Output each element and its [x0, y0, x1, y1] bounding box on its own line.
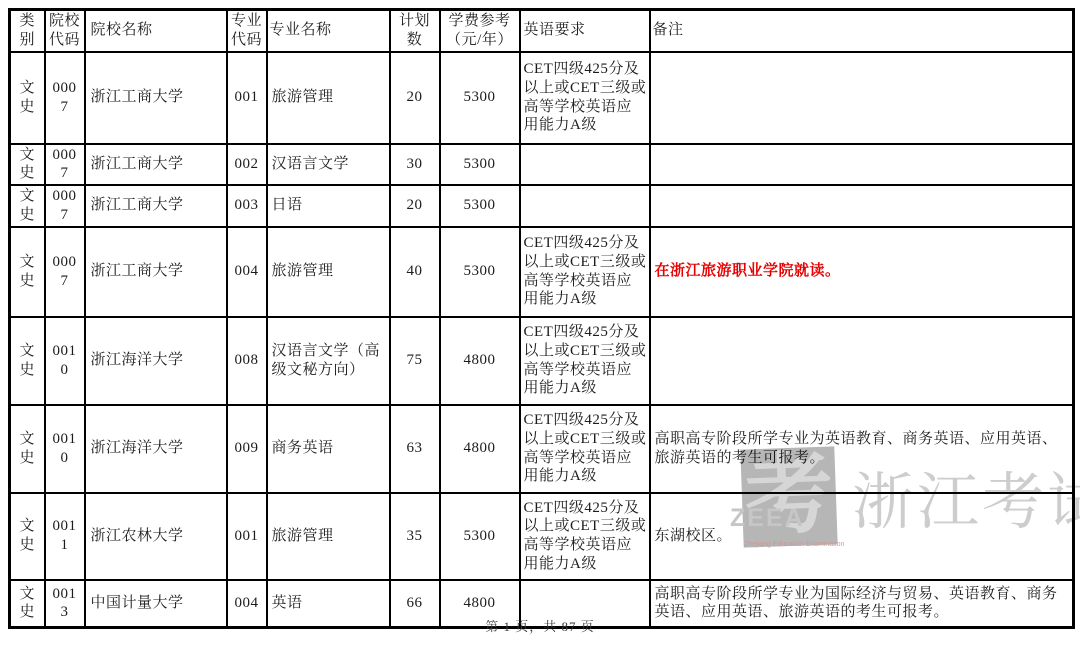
table-row: 文史0007浙江工商大学001旅游管理205300CET四级425分及以上或CE…	[10, 52, 1074, 144]
cell-tuition: 5300	[440, 185, 520, 227]
cell-major-name: 商务英语	[267, 405, 390, 493]
cell-plan-count: 40	[390, 227, 440, 317]
cell-major-code: 008	[227, 317, 267, 405]
cell-english-requirement: CET四级425分及以上或CET三级或高等学校英语应用能力A级	[520, 405, 650, 493]
cell-category: 文史	[10, 52, 45, 144]
cell-major-name: 旅游管理	[267, 52, 390, 144]
cell-category: 文史	[10, 227, 45, 317]
cell-major-name: 汉语言文学（高级文秘方向）	[267, 317, 390, 405]
cell-plan-count: 35	[390, 493, 440, 580]
cell-school-code: 0010	[45, 317, 85, 405]
cell-school-code: 0007	[45, 227, 85, 317]
cell-major-code: 004	[227, 227, 267, 317]
cell-remark: 在浙江旅游职业学院就读。	[650, 227, 1074, 317]
header-remark: 备注	[650, 10, 1074, 52]
cell-school-name: 浙江工商大学	[85, 227, 227, 317]
cell-major-name: 汉语言文学	[267, 144, 390, 186]
cell-major-code: 001	[227, 52, 267, 144]
cell-school-name: 浙江工商大学	[85, 52, 227, 144]
cell-tuition: 5300	[440, 144, 520, 186]
table-body: 文史0007浙江工商大学001旅游管理205300CET四级425分及以上或CE…	[10, 52, 1074, 628]
cell-plan-count: 30	[390, 144, 440, 186]
page-number-footer: 第 1 页，共 87 页	[0, 616, 1080, 635]
header-category: 类别	[10, 10, 45, 52]
cell-tuition: 5300	[440, 227, 520, 317]
cell-remark: 高职高专阶段所学专业为英语教育、商务英语、应用英语、旅游英语的考生可报考。	[650, 405, 1074, 493]
cell-school-name: 浙江海洋大学	[85, 317, 227, 405]
cell-school-name: 浙江工商大学	[85, 185, 227, 227]
cell-major-code: 009	[227, 405, 267, 493]
header-plan-count: 计划数	[390, 10, 440, 52]
cell-category: 文史	[10, 405, 45, 493]
cell-school-name: 浙江海洋大学	[85, 405, 227, 493]
cell-major-name: 日语	[267, 185, 390, 227]
cell-plan-count: 75	[390, 317, 440, 405]
cell-english-requirement	[520, 144, 650, 186]
cell-tuition: 4800	[440, 405, 520, 493]
cell-english-requirement: CET四级425分及以上或CET三级或高等学校英语应用能力A级	[520, 52, 650, 144]
cell-english-requirement: CET四级425分及以上或CET三级或高等学校英语应用能力A级	[520, 227, 650, 317]
cell-remark	[650, 52, 1074, 144]
cell-remark	[650, 317, 1074, 405]
cell-school-code: 0011	[45, 493, 85, 580]
cell-tuition: 5300	[440, 52, 520, 144]
table-row: 文史0007浙江工商大学002汉语言文学305300	[10, 144, 1074, 186]
cell-category: 文史	[10, 144, 45, 186]
cell-plan-count: 20	[390, 185, 440, 227]
cell-category: 文史	[10, 493, 45, 580]
header-english-requirement: 英语要求	[520, 10, 650, 52]
header-major-name: 专业名称	[267, 10, 390, 52]
cell-category: 文史	[10, 185, 45, 227]
table-row: 文史0010浙江海洋大学009商务英语634800CET四级425分及以上或CE…	[10, 405, 1074, 493]
cell-major-name: 旅游管理	[267, 493, 390, 580]
table-row: 文史0007浙江工商大学003日语205300	[10, 185, 1074, 227]
cell-major-name: 旅游管理	[267, 227, 390, 317]
cell-school-code: 0007	[45, 144, 85, 186]
enrollment-plan-table: 类别院校代码院校名称专业代码专业名称计划数学费参考（元/年）英语要求备注 文史0…	[8, 8, 1075, 629]
cell-english-requirement: CET四级425分及以上或CET三级或高等学校英语应用能力A级	[520, 317, 650, 405]
cell-tuition: 4800	[440, 317, 520, 405]
cell-plan-count: 63	[390, 405, 440, 493]
table-row: 文史0007浙江工商大学004旅游管理405300CET四级425分及以上或CE…	[10, 227, 1074, 317]
cell-school-code: 0007	[45, 52, 85, 144]
header-tuition: 学费参考（元/年）	[440, 10, 520, 52]
table-row: 文史0010浙江海洋大学008汉语言文学（高级文秘方向）754800CET四级4…	[10, 317, 1074, 405]
cell-major-code: 003	[227, 185, 267, 227]
cell-plan-count: 20	[390, 52, 440, 144]
cell-english-requirement: CET四级425分及以上或CET三级或高等学校英语应用能力A级	[520, 493, 650, 580]
cell-school-code: 0010	[45, 405, 85, 493]
cell-major-code: 002	[227, 144, 267, 186]
cell-school-code: 0007	[45, 185, 85, 227]
cell-major-code: 001	[227, 493, 267, 580]
cell-remark	[650, 144, 1074, 186]
header-school-code: 院校代码	[45, 10, 85, 52]
cell-category: 文史	[10, 317, 45, 405]
cell-tuition: 5300	[440, 493, 520, 580]
header-school-name: 院校名称	[85, 10, 227, 52]
cell-english-requirement	[520, 185, 650, 227]
cell-school-name: 浙江农林大学	[85, 493, 227, 580]
cell-school-name: 浙江工商大学	[85, 144, 227, 186]
cell-remark: 东湖校区。	[650, 493, 1074, 580]
cell-remark	[650, 185, 1074, 227]
header-major-code: 专业代码	[227, 10, 267, 52]
table-header-row: 类别院校代码院校名称专业代码专业名称计划数学费参考（元/年）英语要求备注	[10, 10, 1074, 52]
table-row: 文史0011浙江农林大学001旅游管理355300CET四级425分及以上或CE…	[10, 493, 1074, 580]
